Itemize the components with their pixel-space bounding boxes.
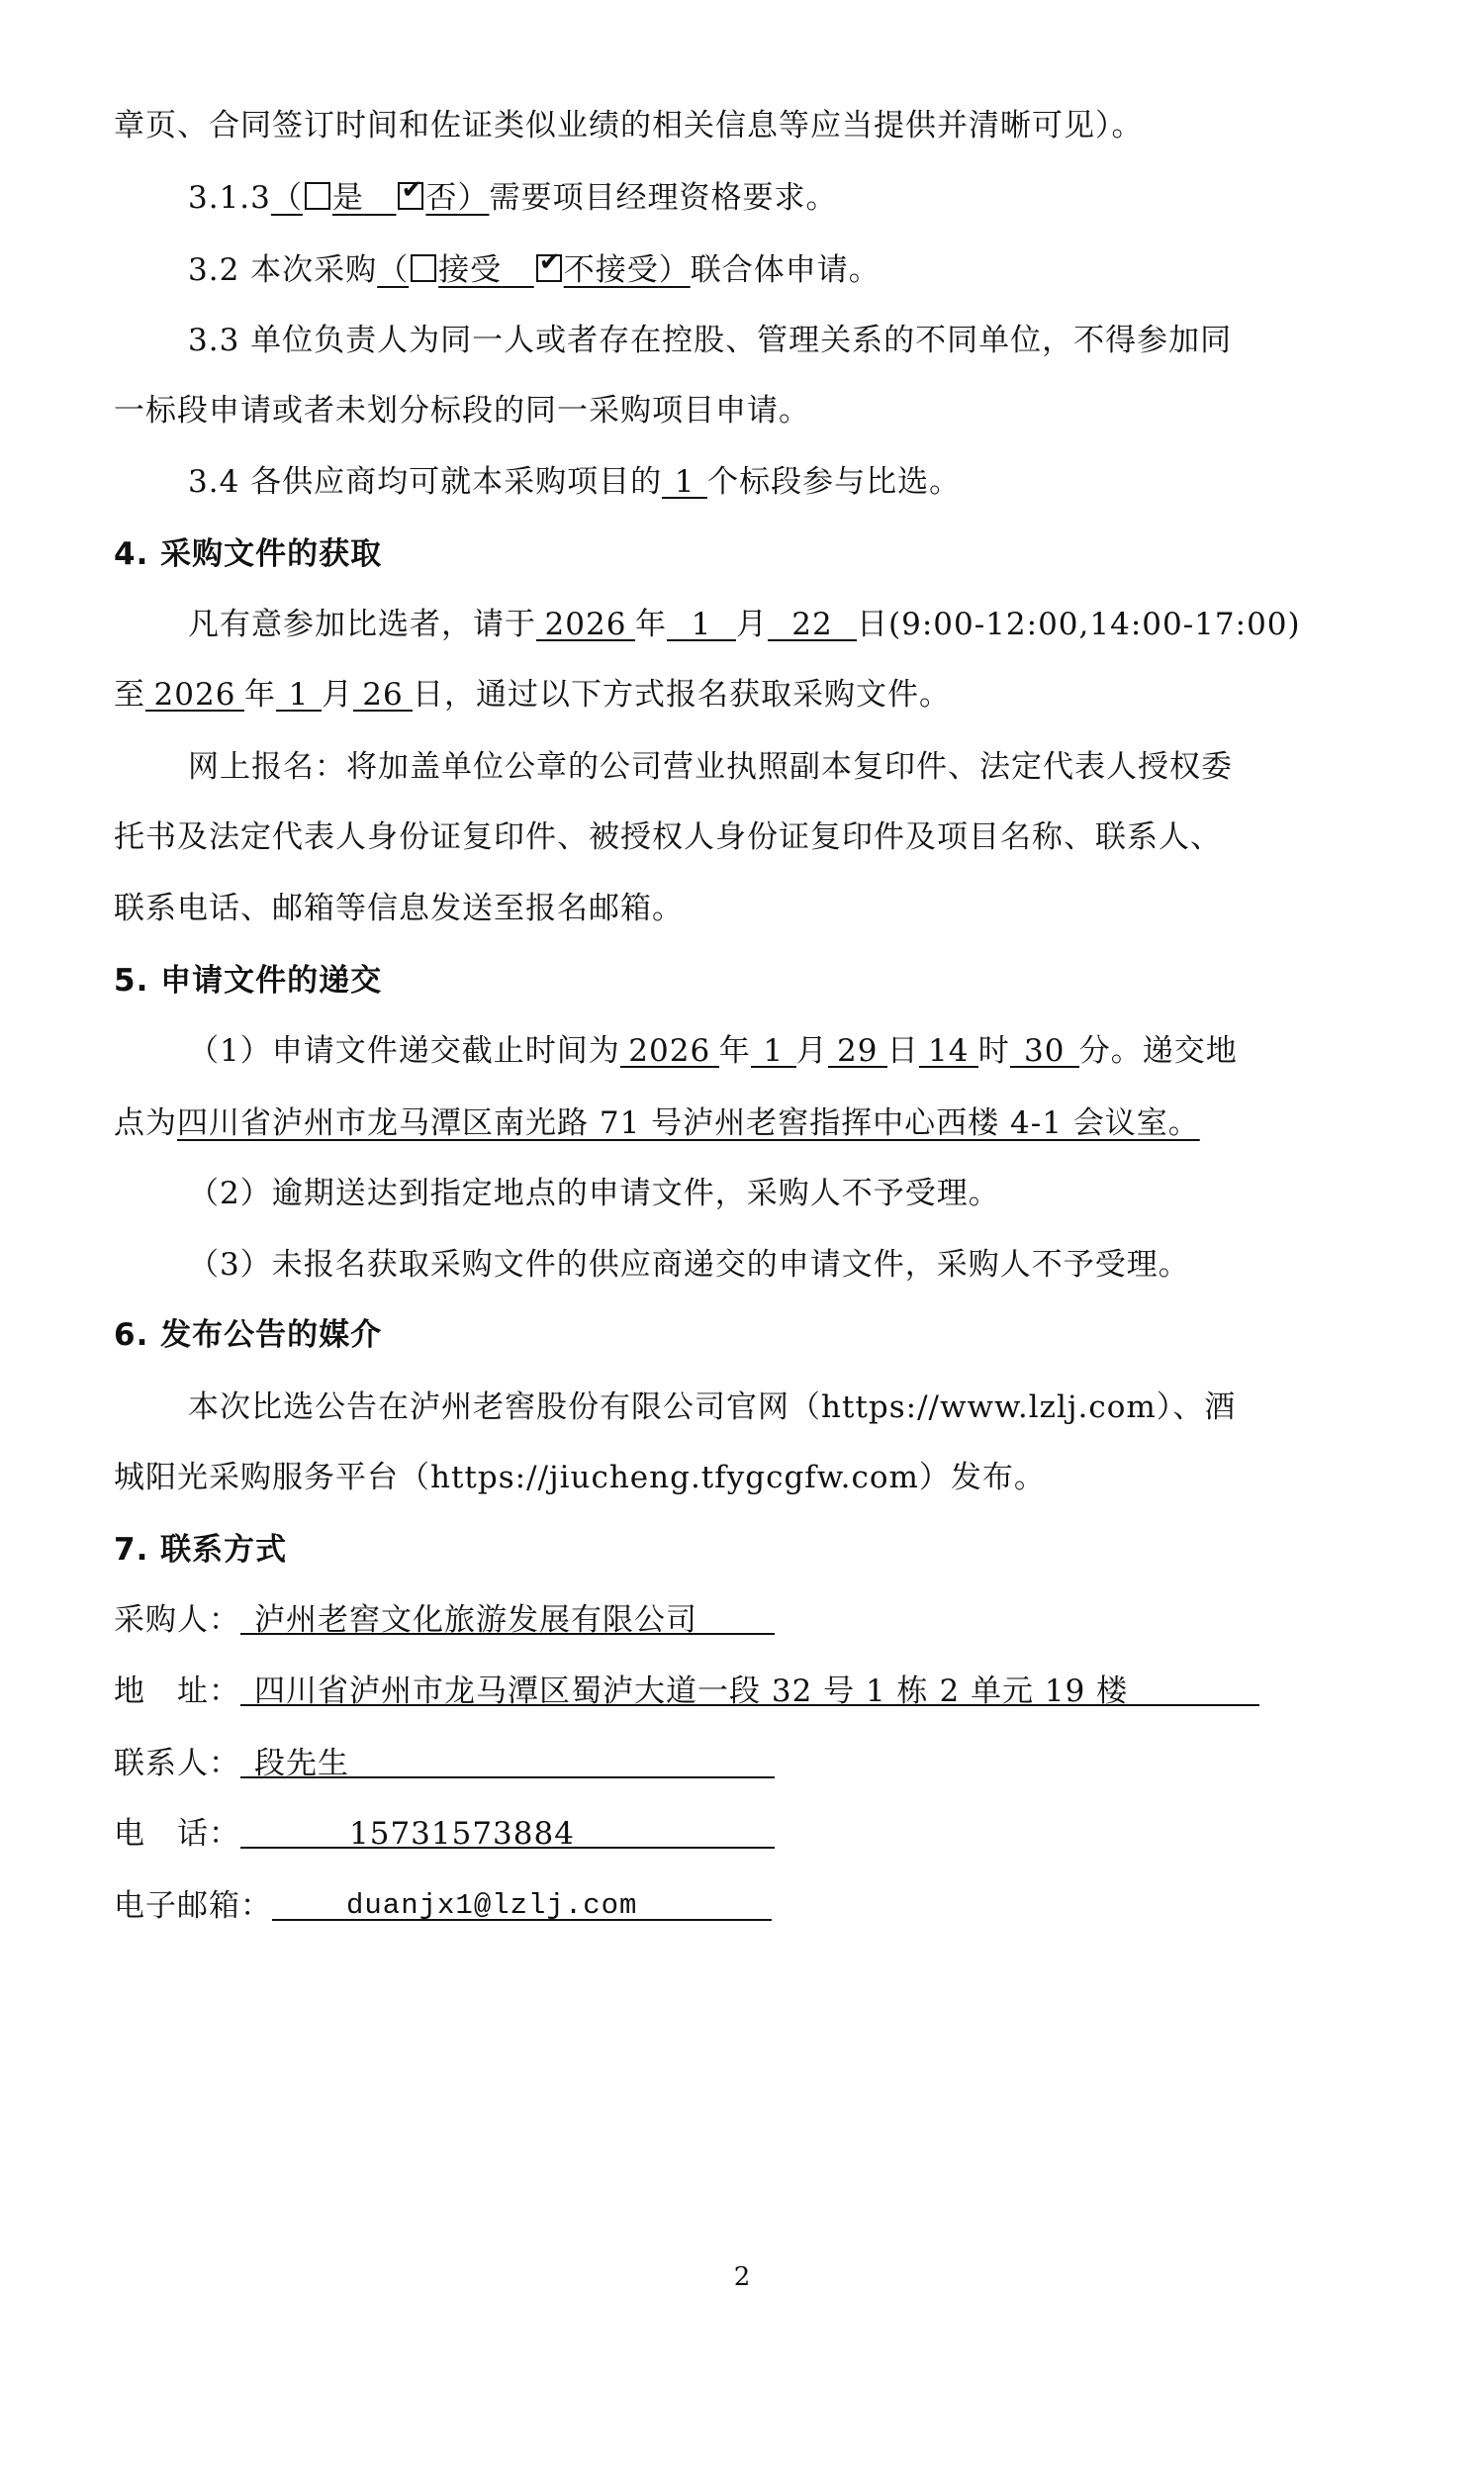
address-value: 四川省泸州市龙马潭区蜀泸大道一段 32 号 1 栋 2 单元 19 楼: [240, 1669, 1259, 1706]
media-line2: 城阳光采购服务平台（https://jiucheng.tfygcgfw.com）…: [114, 1455, 1046, 1500]
start-month: 1: [667, 602, 736, 641]
checkbox-yes[interactable]: [305, 182, 330, 210]
clause-3-2: 3.2 本次采购（接受 不接受）联合体申请。: [188, 247, 881, 293]
clause-3-1-3-options: （是 否）: [271, 180, 490, 216]
phone-value: 15731573884: [240, 1811, 775, 1849]
section-6-heading: 6. 发布公告的媒介: [114, 1312, 382, 1358]
online-registration-line3: 联系电话、邮箱等信息发送至报名邮箱。: [114, 886, 684, 931]
deadline-month: 1: [751, 1028, 796, 1068]
checkbox-accept[interactable]: [411, 254, 436, 282]
clause-3-1-3: 3.1.3（是 否）需要项目经理资格要求。: [188, 175, 837, 221]
end-year: 2026: [145, 672, 244, 712]
buyer-value: 泸州老窖文化旅游发展有限公司: [240, 1597, 775, 1635]
sec4-date-line2: 至2026年1月26日，通过以下方式报名获取采购文件。: [114, 672, 951, 717]
late-submission-rule: （2）逾期送达到指定地点的申请文件，采购人不予受理。: [188, 1171, 1000, 1216]
continuation-text: 章页、合同签订时间和佐证类似业绩的相关信息等应当提供并清晰可见）。: [114, 103, 1144, 148]
clause-3-2-options: （接受 不接受）: [377, 252, 691, 288]
online-registration-line1: 网上报名：将加盖单位公章的公司营业执照副本复印件、法定代表人授权委: [188, 744, 1233, 790]
sec4-date-line1: 凡有意参加比选者，请于2026年1月22日(9:00-12:00,14:00-1…: [188, 602, 1301, 647]
deadline-day: 29: [828, 1028, 887, 1068]
unregistered-rule: （3）未报名获取采购文件的供应商递交的申请文件，采购人不予受理。: [188, 1242, 1190, 1288]
start-day: 22: [768, 602, 857, 641]
submission-location: 点为四川省泸州市龙马潭区南光路 71 号泸州老窖指挥中心西楼 4-1 会议室。: [114, 1100, 1200, 1146]
checkbox-no-checked[interactable]: [398, 182, 423, 210]
section-7-heading: 7. 联系方式: [114, 1527, 287, 1573]
section-4-heading: 4. 采购文件的获取: [114, 531, 382, 577]
start-year: 2026: [536, 602, 635, 641]
contact-row: 联系人：段先生: [114, 1741, 775, 1786]
deadline-hour: 14: [919, 1028, 978, 1068]
email-value: duanjx1@lzlj.com: [272, 1883, 772, 1921]
section-5-heading: 5. 申请文件的递交: [114, 958, 382, 1004]
location-address: 四川省泸州市龙马潭区南光路 71 号泸州老窖指挥中心西楼 4-1 会议室。: [177, 1105, 1200, 1141]
phone-row: 电 话：15731573884: [114, 1811, 775, 1857]
online-registration-line2: 托书及法定代表人身份证复印件、被授权人身份证复印件及项目名称、联系人、: [114, 814, 1222, 860]
address-row: 地 址：四川省泸州市龙马潭区蜀泸大道一段 32 号 1 栋 2 单元 19 楼: [114, 1669, 1259, 1714]
checkbox-not-accept-checked[interactable]: [536, 254, 562, 282]
email-row: 电子邮箱：duanjx1@lzlj.com: [114, 1883, 772, 1929]
deadline-minute: 30: [1010, 1028, 1079, 1068]
page-number: 2: [0, 2262, 1484, 2292]
lot-count: 1: [662, 459, 707, 499]
clause-3-3-line2: 一标段申请或者未划分标段的同一采购项目申请。: [114, 388, 810, 433]
clause-3-4: 3.4 各供应商均可就本采购项目的1个标段参与比选。: [188, 459, 961, 505]
end-month: 1: [276, 672, 322, 712]
buyer-row: 采购人：泸州老窖文化旅游发展有限公司: [114, 1597, 775, 1643]
clause-3-3-line1: 3.3 单位负责人为同一人或者存在控股、管理关系的不同单位，不得参加同: [188, 318, 1232, 363]
contact-value: 段先生: [240, 1741, 775, 1778]
deadline-year: 2026: [620, 1028, 719, 1068]
end-day: 26: [353, 672, 413, 712]
submission-deadline: （1）申请文件递交截止时间为2026年1月29日14时30分。递交地: [188, 1028, 1238, 1074]
media-line1: 本次比选公告在泸州老窖股份有限公司官网（https://www.lzlj.com…: [188, 1385, 1236, 1430]
